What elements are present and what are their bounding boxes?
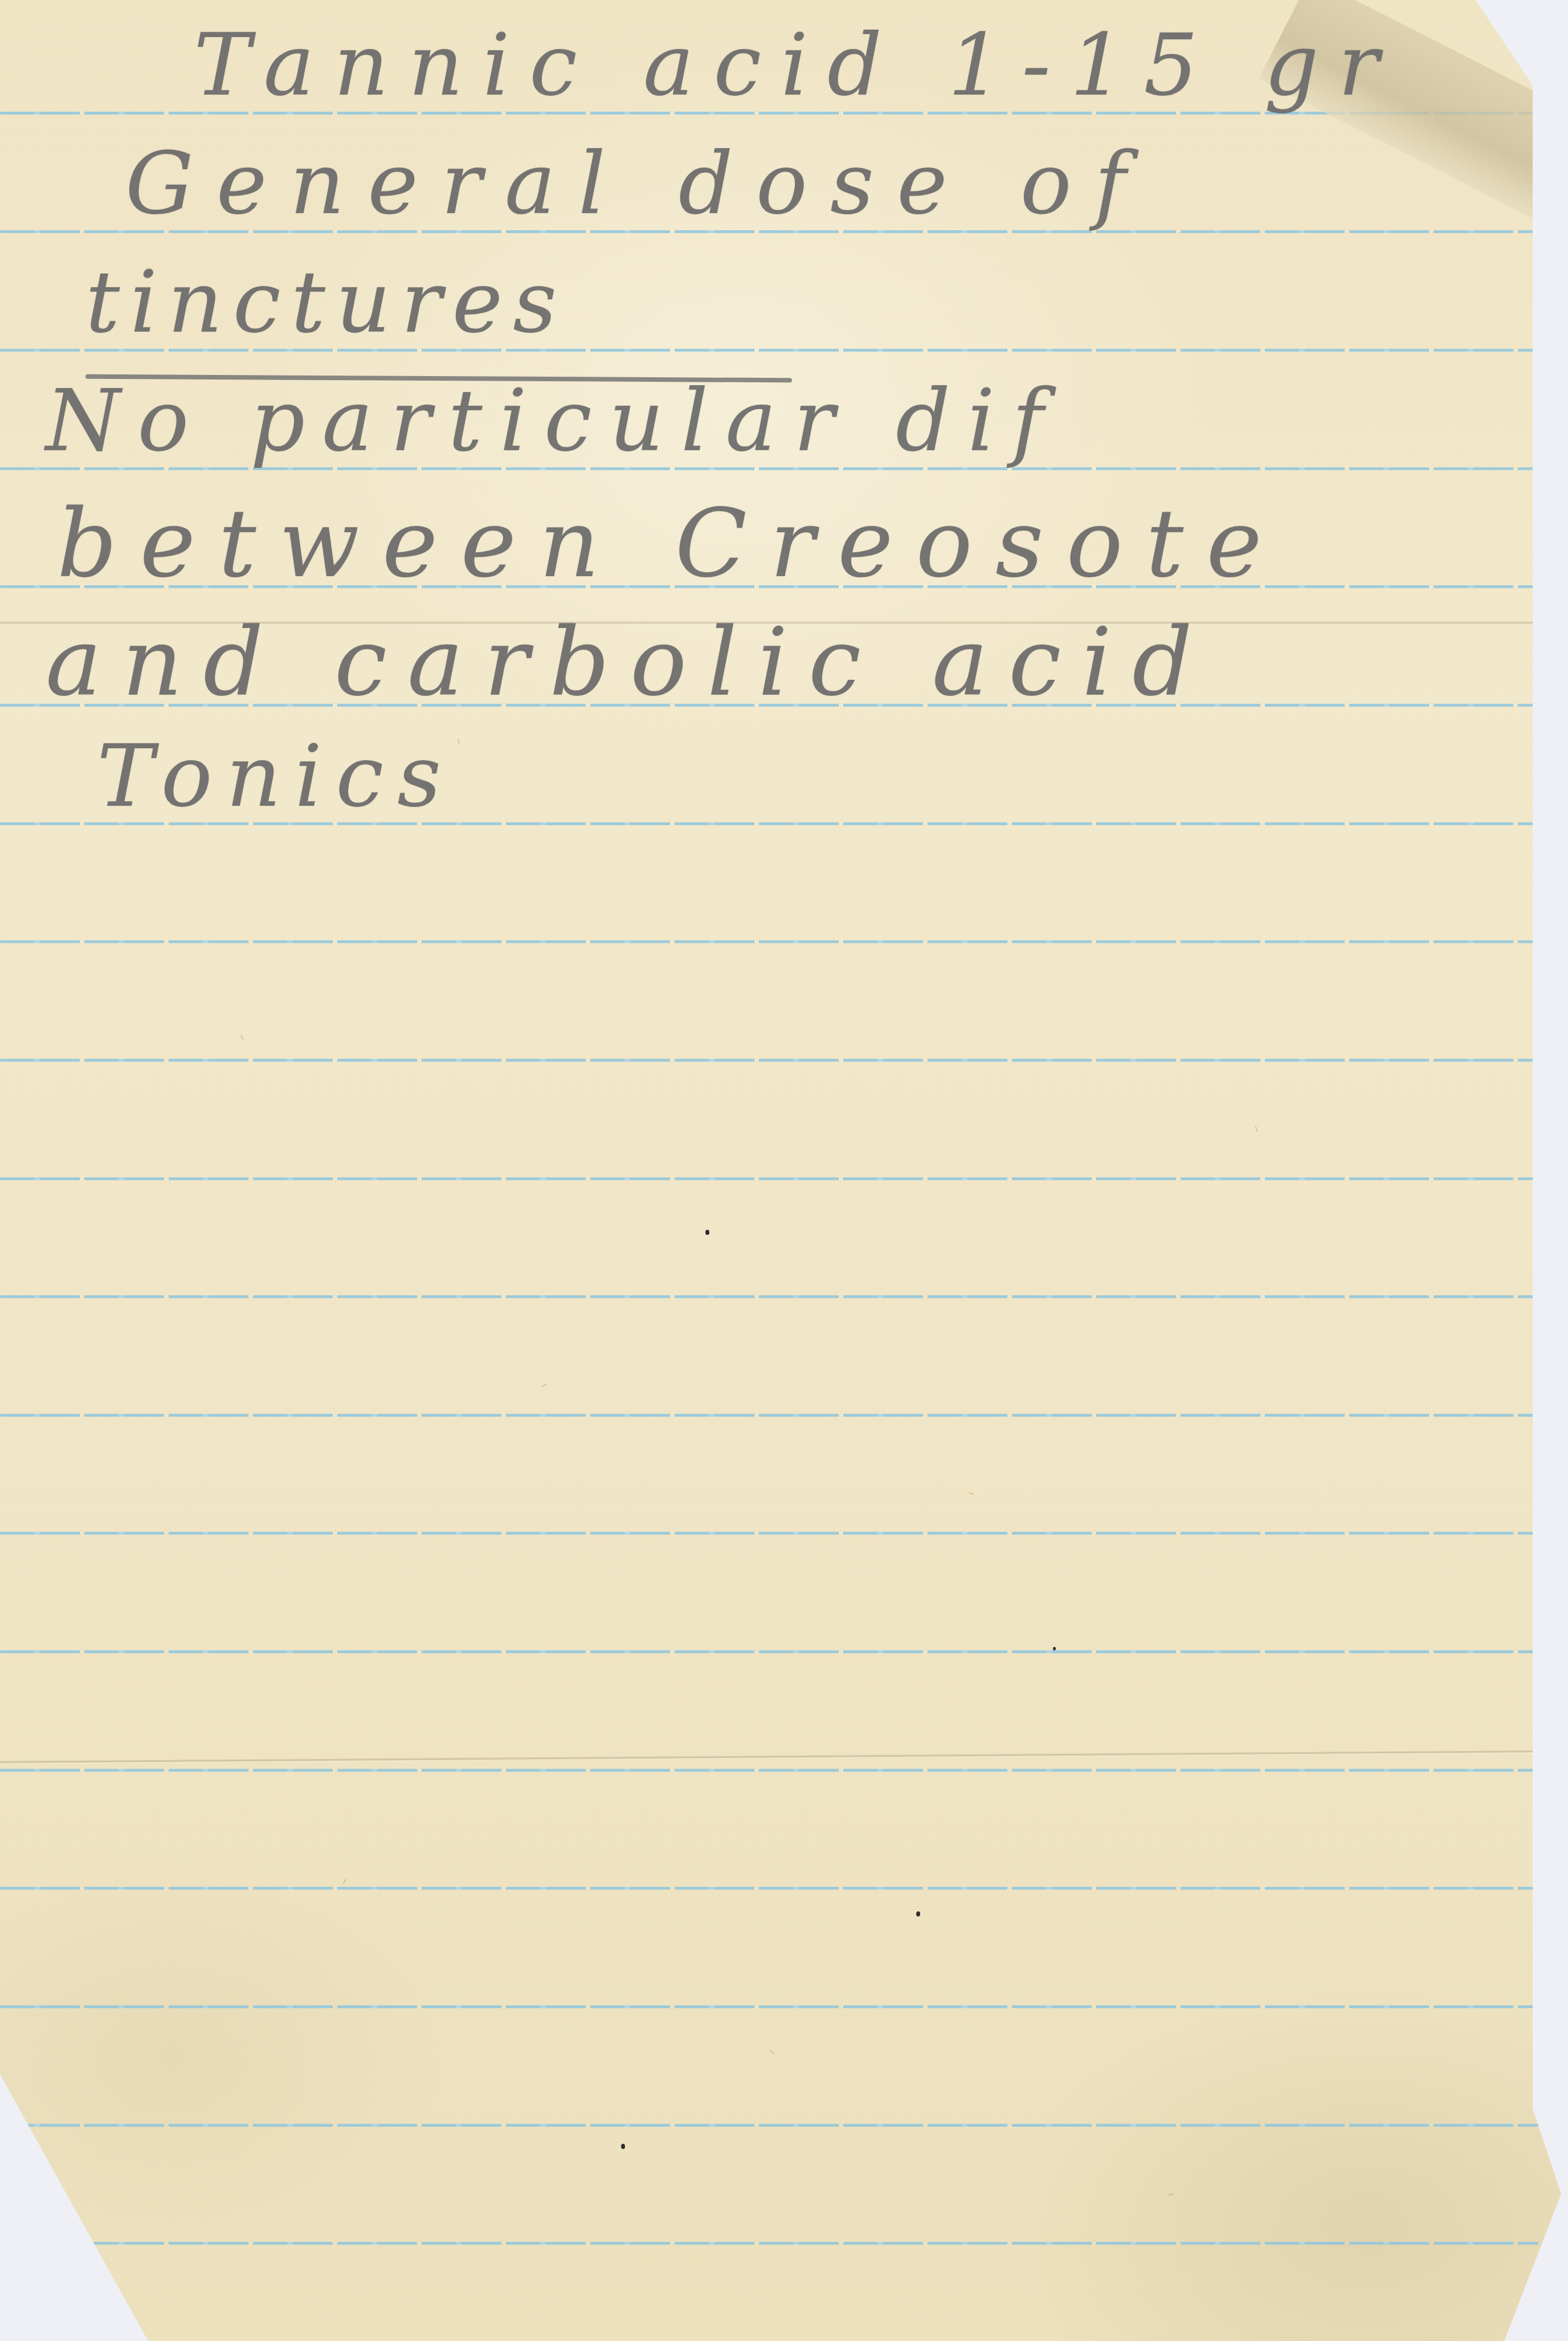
- ruled-line: [0, 1650, 1538, 1653]
- ruled-line: [0, 1177, 1538, 1180]
- scanned-page: Tannic acid 1-15 gr General dose of tinc…: [0, 0, 1568, 2341]
- note-line-tannic-acid: Tannic acid 1-15 gr: [194, 23, 1398, 108]
- paper-speck: [1053, 1647, 1056, 1650]
- handwritten-note: Tannic acid 1-15 gr General dose of tinc…: [0, 0, 1568, 912]
- note-line-carbolic-acid: and carbolic acid: [46, 615, 1213, 709]
- paper-speck: [916, 1911, 920, 1916]
- note-line-tinctures: tinctures: [85, 260, 567, 345]
- ruled-line: [0, 1414, 1538, 1417]
- paper-fiber: [343, 1878, 347, 1884]
- ruled-line: [0, 1532, 1538, 1535]
- paper-fiber: [240, 1035, 244, 1041]
- paper-fiber: [969, 1492, 974, 1495]
- ruled-line: [0, 2005, 1538, 2008]
- ruled-line: [0, 1769, 1538, 1772]
- ruled-line: [0, 940, 1538, 943]
- ruled-line: [0, 2242, 1538, 2245]
- paper-sheet: Tannic acid 1-15 gr General dose of tinc…: [0, 0, 1568, 2341]
- ruled-line: [0, 2124, 1538, 2127]
- note-line-general-dose: General dose of: [125, 141, 1149, 227]
- paper-fiber: [541, 1384, 547, 1388]
- paper-fiber: [1255, 1126, 1258, 1132]
- fold-crease: [0, 1750, 1538, 1764]
- ruled-line: [0, 1887, 1538, 1890]
- paper-speck: [621, 2144, 625, 2149]
- ruled-line: [0, 1059, 1538, 1062]
- paper-fiber: [770, 2050, 775, 2054]
- paper-speck: [705, 1230, 709, 1235]
- paper-fiber: [1168, 2193, 1174, 2196]
- note-line-no-particular-dif: No particular dif: [46, 378, 1061, 464]
- note-line-between-creosote: between Creosote: [57, 497, 1285, 591]
- note-line-tonics: Tonics: [97, 734, 455, 819]
- ruled-line: [0, 1295, 1538, 1298]
